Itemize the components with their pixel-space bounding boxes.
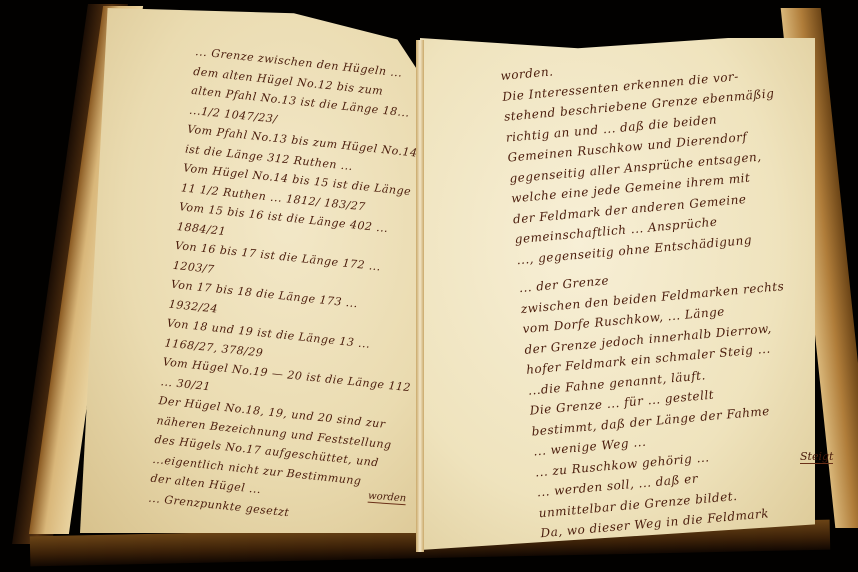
left-page-handwriting: ... Grenze zwischen den Hügeln ... dem a… — [147, 46, 444, 538]
left-page-signoff: worden — [368, 491, 407, 506]
right-page-catchword: Steigt — [800, 450, 833, 464]
right-page-handwriting: worden. Die Interessenten erkennen die v… — [500, 46, 812, 547]
